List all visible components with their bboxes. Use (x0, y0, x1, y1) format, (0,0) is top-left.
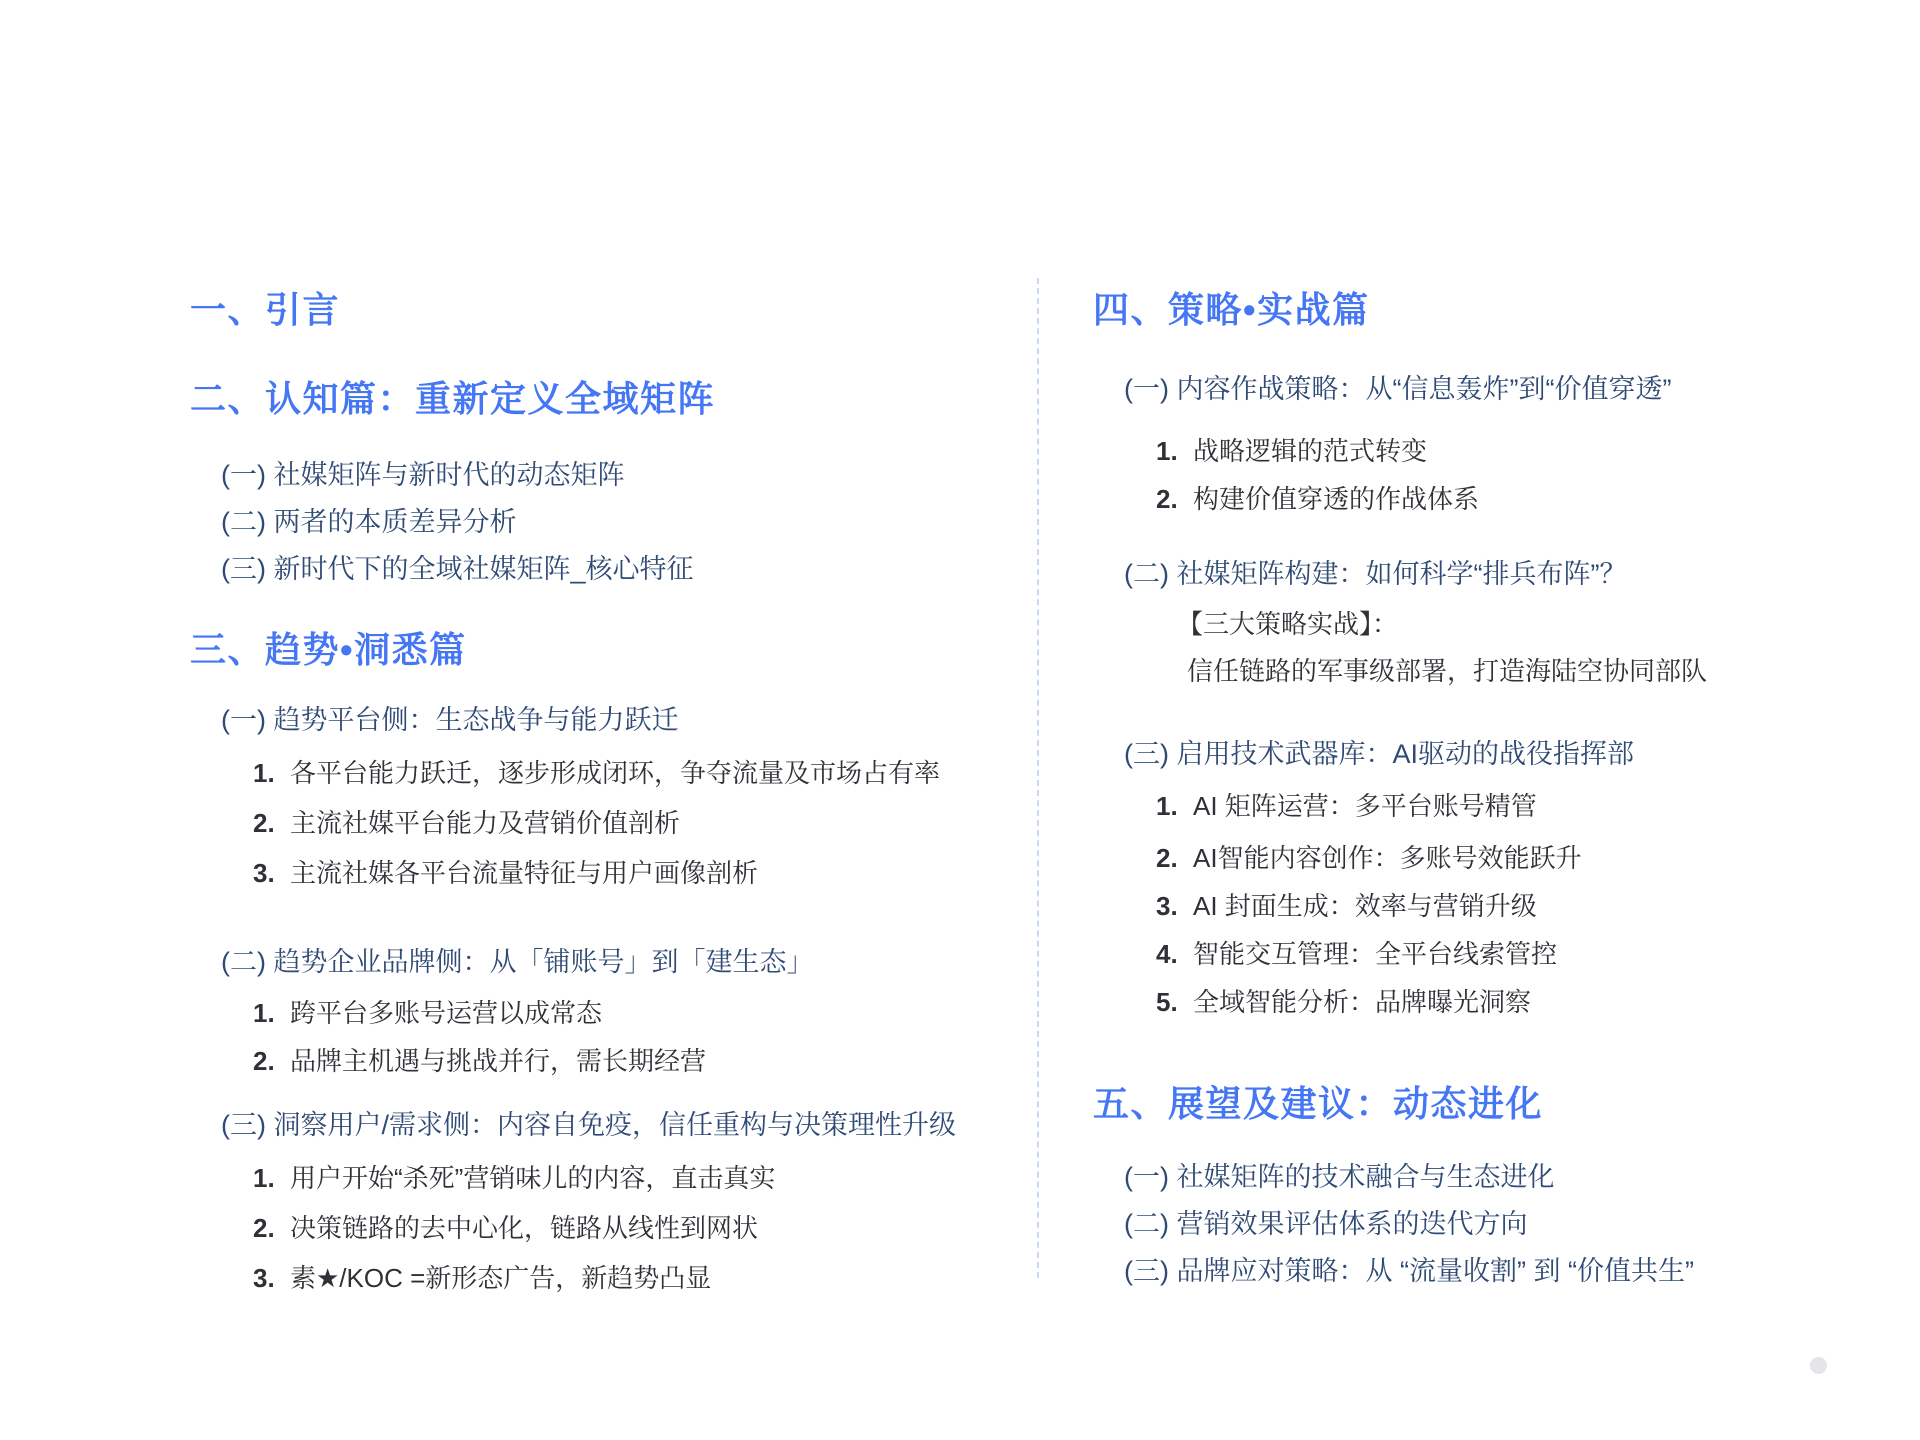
toc-subsection: (二) 社媒矩阵构建：如何科学“排兵布阵”？ (1124, 557, 1893, 591)
toc-item: 3. 素★/KOC =新形态广告，新趋势凸显 (253, 1262, 1035, 1295)
item-text: 素★/KOC =新形态广告，新趋势凸显 (290, 1262, 711, 1295)
item-number: 2. (1156, 842, 1193, 875)
toc-left-column: 一、引言 二、认知篇：重新定义全域矩阵 (一) 社媒矩阵与新时代的动态矩阵 (二… (190, 288, 1035, 1295)
item-text: 决策链路的去中心化，链路从线性到网状 (290, 1212, 758, 1245)
toc-item: 2. 构建价值穿透的作战体系 (1156, 483, 1893, 516)
toc-item: 4. 智能交互管理：全平台线索管控 (1156, 938, 1893, 971)
toc-item: 1. AI 矩阵运营：多平台账号精管 (1156, 790, 1893, 823)
toc-slide: 一、引言 二、认知篇：重新定义全域矩阵 (一) 社媒矩阵与新时代的动态矩阵 (二… (0, 0, 1920, 1440)
item-text: 战略逻辑的范式转变 (1193, 435, 1427, 468)
item-number: 2. (253, 807, 290, 840)
toc-subsection: (三) 品牌应对策略：从 “流量收割” 到 “价值共生” (1124, 1254, 1893, 1288)
item-number: 2. (253, 1045, 290, 1078)
toc-item: 5. 全域智能分析：品牌曝光洞察 (1156, 986, 1893, 1019)
toc-subsection: (二) 两者的本质差异分析 (221, 505, 1035, 539)
item-text: 各平台能力跃迁，逐步形成闭环，争夺流量及市场占有率 (290, 757, 940, 790)
page-dot (1810, 1357, 1827, 1374)
item-text: 智能交互管理：全平台线索管控 (1193, 938, 1557, 971)
item-text: AI智能内容创作：多账号效能跃升 (1193, 842, 1582, 875)
toc-item: 3. 主流社媒各平台流量特征与用户画像剖析 (253, 857, 1035, 890)
toc-note: 信任链路的军事级部署，打造海陆空协同部队 (1187, 655, 1893, 688)
section-3-heading: 三、趋势•洞悉篇 (190, 628, 1035, 672)
toc-subsection: (二) 趋势企业品牌侧：从「铺账号」到「建生态」 (221, 945, 1035, 979)
section-1-heading: 一、引言 (190, 288, 1035, 332)
item-number: 2. (1156, 483, 1193, 516)
item-number: 3. (1156, 890, 1193, 923)
toc-subsection: (三) 洞察用户/需求侧：内容自免疫，信任重构与决策理性升级 (221, 1108, 1035, 1142)
toc-note: 【三大策略实战】： (1177, 608, 1893, 641)
toc-subsection: (二) 营销效果评估体系的迭代方向 (1124, 1207, 1893, 1241)
item-text: AI 矩阵运营：多平台账号精管 (1193, 790, 1537, 823)
item-number: 3. (253, 1262, 290, 1295)
toc-item: 2. AI智能内容创作：多账号效能跃升 (1156, 842, 1893, 875)
column-divider (1037, 278, 1039, 1278)
toc-item: 1. 用户开始“杀死”营销味儿的内容，直击真实 (253, 1162, 1035, 1195)
item-number: 1. (253, 757, 290, 790)
toc-item: 3. AI 封面生成：效率与营销升级 (1156, 890, 1893, 923)
item-number: 3. (253, 857, 290, 890)
item-text: 全域智能分析：品牌曝光洞察 (1193, 986, 1531, 1019)
item-text: 主流社媒平台能力及营销价值剖析 (290, 807, 680, 840)
item-number: 1. (1156, 790, 1193, 823)
toc-subsection: (一) 趋势平台侧：生态战争与能力跃迁 (221, 703, 1035, 737)
toc-subsection: (一) 社媒矩阵与新时代的动态矩阵 (221, 458, 1035, 492)
item-text: 跨平台多账号运营以成常态 (290, 997, 602, 1030)
section-5-heading: 五、展望及建议：动态进化 (1093, 1082, 1893, 1126)
toc-subsection: (三) 新时代下的全域社媒矩阵_核心特征 (221, 552, 1035, 586)
item-text: 品牌主机遇与挑战并行，需长期经营 (290, 1045, 706, 1078)
item-number: 1. (253, 997, 290, 1030)
toc-item: 1. 跨平台多账号运营以成常态 (253, 997, 1035, 1030)
toc-subsection: (三) 启用技术武器库：AI驱动的战役指挥部 (1124, 737, 1893, 771)
item-text: 构建价值穿透的作战体系 (1193, 483, 1479, 516)
toc-item: 1. 各平台能力跃迁，逐步形成闭环，争夺流量及市场占有率 (253, 757, 1035, 790)
toc-item: 1. 战略逻辑的范式转变 (1156, 435, 1893, 468)
toc-subsection: (一) 内容作战策略：从“信息轰炸”到“价值穿透” (1124, 372, 1893, 406)
toc-item: 2. 决策链路的去中心化，链路从线性到网状 (253, 1212, 1035, 1245)
item-number: 5. (1156, 986, 1193, 1019)
toc-item: 2. 主流社媒平台能力及营销价值剖析 (253, 807, 1035, 840)
section-2-heading: 二、认知篇：重新定义全域矩阵 (190, 377, 1035, 421)
item-number: 2. (253, 1212, 290, 1245)
toc-item: 2. 品牌主机遇与挑战并行，需长期经营 (253, 1045, 1035, 1078)
item-number: 1. (253, 1162, 290, 1195)
item-text: 主流社媒各平台流量特征与用户画像剖析 (290, 857, 758, 890)
item-text: AI 封面生成：效率与营销升级 (1193, 890, 1537, 923)
toc-subsection: (一) 社媒矩阵的技术融合与生态进化 (1124, 1160, 1893, 1194)
item-number: 1. (1156, 435, 1193, 468)
toc-right-column: 四、策略•实战篇 (一) 内容作战策略：从“信息轰炸”到“价值穿透” 1. 战略… (1093, 288, 1893, 1288)
item-number: 4. (1156, 938, 1193, 971)
section-4-heading: 四、策略•实战篇 (1093, 288, 1893, 332)
item-text: 用户开始“杀死”营销味儿的内容，直击真实 (290, 1162, 775, 1195)
